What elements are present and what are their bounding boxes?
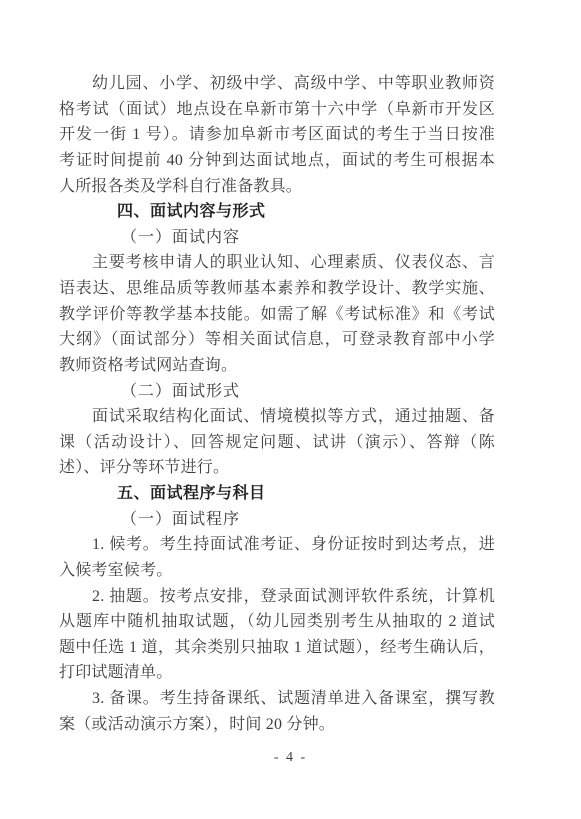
document-line: 从题库中随机抽取试题，（幼儿园类别考生从抽取的 2 道试 (59, 609, 495, 635)
document-line: 面试采取结构化面试、情境模拟等方式，通过抽题、备 (59, 404, 495, 430)
section-heading: 四、面试内容与形式 (59, 199, 495, 225)
document-line: 题中任选 1 道，其余类别只抽取 1 道试题），经考生确认后， (59, 635, 495, 661)
document-body: 幼儿园、小学、初级中学、高级中学、中等职业教师资格考试（面试）地点设在阜新市第十… (59, 71, 495, 737)
sub-heading: （二）面试形式 (59, 379, 495, 405)
document-line: 教学评价等教学基本技能。如需了解《考试标准》和《考试 (59, 302, 495, 328)
document-line: 幼儿园、小学、初级中学、高级中学、中等职业教师资 (59, 71, 495, 97)
document-line: 考证时间提前 40 分钟到达面试地点，面试的考生可根据本 (59, 148, 495, 174)
document-line: 案（或活动演示方案），时间 20 分钟。 (59, 712, 495, 738)
document-line: 格考试（面试）地点设在阜新市第十六中学（阜新市开发区 (59, 97, 495, 123)
document-line: 开发一街 1 号）。请参加阜新市考区面试的考生于当日按准 (59, 122, 495, 148)
document-line: 2. 抽题。按考点安排，登录面试测评软件系统，计算机 (59, 584, 495, 610)
sub-heading: （一）面试程序 (59, 507, 495, 533)
document-line: 大纲》（面试部分）等相关面试信息，可登录教育部中小学 (59, 327, 495, 353)
document-line: 教师资格考试网站查询。 (59, 353, 495, 379)
document-line: 1. 候考。考生持面试准考证、身份证按时到达考点，进 (59, 532, 495, 558)
document-line: 入候考室候考。 (59, 558, 495, 584)
document-line: 打印试题清单。 (59, 660, 495, 686)
section-heading: 五、面试程序与科目 (59, 481, 495, 507)
document-line: 3. 备课。考生持备课纸、试题清单进入备课室，撰写教 (59, 686, 495, 712)
page-number: - 4 - (0, 748, 581, 768)
document-page: 幼儿园、小学、初级中学、高级中学、中等职业教师资格考试（面试）地点设在阜新市第十… (0, 0, 581, 819)
document-line: 主要考核申请人的职业认知、心理素质、仪表仪态、言 (59, 250, 495, 276)
document-line: 语表达、思维品质等教师基本素养和教学设计、教学实施、 (59, 276, 495, 302)
sub-heading: （一）面试内容 (59, 225, 495, 251)
document-line: 课（活动设计）、回答规定问题、试讲（演示）、答辩（陈 (59, 430, 495, 456)
document-line: 人所报各类及学科自行准备教具。 (59, 174, 495, 200)
document-line: 述）、评分等环节进行。 (59, 455, 495, 481)
